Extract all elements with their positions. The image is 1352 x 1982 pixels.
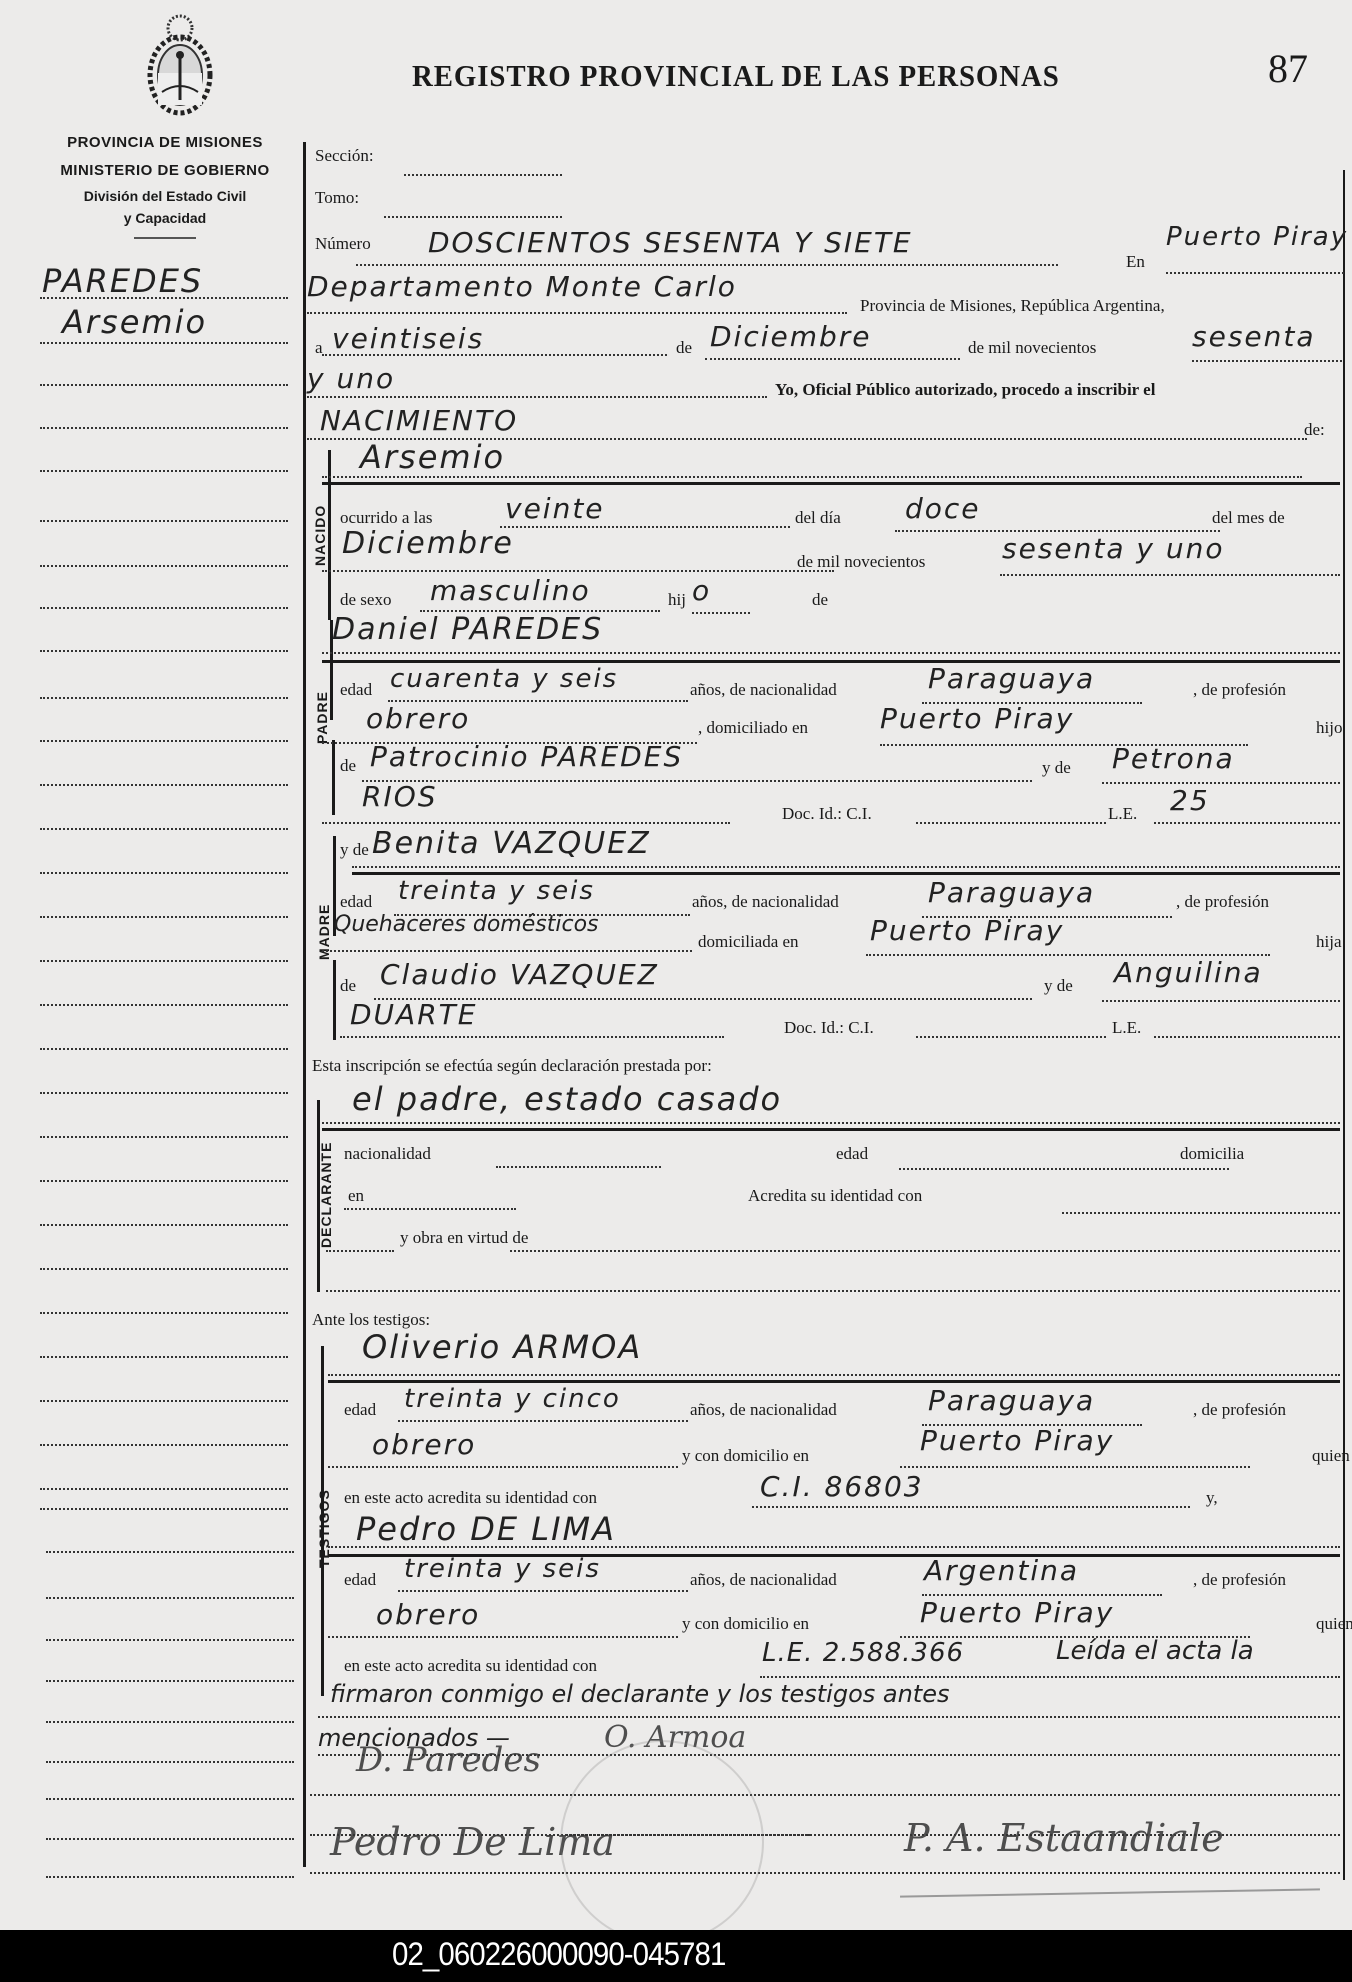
hijo-line bbox=[692, 612, 750, 614]
year-line bbox=[1192, 360, 1342, 362]
padre-father: Patrocinio PAREDES bbox=[370, 740, 683, 773]
padre-section-label: PADRE bbox=[314, 691, 330, 744]
w2-id-line bbox=[760, 1676, 1340, 1678]
padre-nacionalidad: Paraguaya bbox=[928, 662, 1095, 695]
birth-month-line bbox=[322, 570, 834, 572]
header-divider bbox=[134, 237, 196, 239]
padre-mother-2-line bbox=[322, 822, 730, 824]
month-line bbox=[705, 358, 960, 360]
official-stamp-line bbox=[900, 1888, 1320, 1897]
declarante-section-label: DECLARANTE bbox=[318, 1142, 334, 1248]
month-value: Diciembre bbox=[710, 320, 872, 353]
father-name-rule bbox=[322, 660, 1340, 663]
w1-dom-line bbox=[900, 1466, 1250, 1468]
witness2-name: Pedro DE LIMA bbox=[356, 1510, 616, 1548]
margin-surname: PAREDES bbox=[42, 262, 203, 300]
declarante-en-field[interactable] bbox=[344, 1208, 516, 1210]
padre-hijo-label: hijo bbox=[1316, 718, 1342, 738]
madre-y-de-label-2: y de bbox=[1044, 976, 1073, 996]
w2-prof-line bbox=[328, 1636, 678, 1638]
year-prefix: de mil novecientos bbox=[968, 338, 1096, 358]
closing-line-1: Leída el acta la bbox=[1056, 1636, 1254, 1666]
day-line bbox=[322, 354, 667, 356]
w2-quien-label: quien bbox=[1316, 1614, 1352, 1634]
madre-edad-value: treinta y seis bbox=[398, 876, 595, 906]
declarante-signature: D. Paredes bbox=[356, 1740, 541, 1780]
year-line-2 bbox=[307, 396, 767, 398]
declarante-acredita-label: Acredita su identidad con bbox=[748, 1186, 922, 1206]
madre-mother-line bbox=[1102, 1000, 1340, 1002]
departamento-value: Departamento Monte Carlo bbox=[307, 270, 737, 303]
del-dia-label: del día bbox=[795, 508, 841, 528]
w1-anos-label: años, de nacionalidad bbox=[690, 1400, 837, 1420]
oficial-text: Yo, Oficial Público autorizado, procedo … bbox=[775, 380, 1155, 400]
hijo-suffix: o bbox=[692, 574, 711, 607]
w2-edad-line bbox=[398, 1590, 688, 1592]
seccion-field[interactable] bbox=[404, 174, 562, 176]
madre-bracket-2 bbox=[333, 960, 336, 1040]
madre-doc-label: Doc. Id.: C.I. bbox=[784, 1018, 874, 1038]
padre-domicilio-label: , domiciliado en bbox=[698, 718, 808, 738]
witness1-name: Oliverio ARMOA bbox=[362, 1328, 642, 1366]
w1-id-line bbox=[752, 1506, 1190, 1508]
padre-anos-label: años, de nacionalidad bbox=[690, 680, 837, 700]
w1-profesion-label: , de profesión bbox=[1193, 1400, 1286, 1420]
signature-line-1 bbox=[310, 1794, 1340, 1796]
madre-nacionalidad: Paraguaya bbox=[928, 876, 1095, 909]
nacido-section-label: NACIDO bbox=[312, 505, 328, 566]
w2-anos-label: años, de nacionalidad bbox=[690, 1570, 837, 1590]
division-heading-2: y Capacidad bbox=[35, 210, 295, 226]
witness2-name-line bbox=[328, 1546, 1340, 1548]
padre-le-label: L.E. bbox=[1108, 804, 1137, 824]
margin-given-name: Arsemio bbox=[62, 303, 207, 341]
madre-father: Claudio VAZQUEZ bbox=[380, 958, 659, 991]
declarante-intro: Esta inscripción se efectúa según declar… bbox=[312, 1056, 712, 1076]
w1-profesion: obrero bbox=[372, 1428, 476, 1461]
day-value: veintiseis bbox=[332, 322, 484, 355]
padre-edad-label: edad bbox=[340, 680, 372, 700]
en-value: Puerto Piray bbox=[1166, 222, 1348, 252]
w1-acredita-label: en este acto acredita su identidad con bbox=[344, 1488, 597, 1508]
mother-name: Benita VAZQUEZ bbox=[372, 826, 651, 861]
hour-line bbox=[500, 526, 790, 528]
padre-father-line bbox=[362, 780, 1032, 782]
madre-le-field[interactable] bbox=[1154, 1036, 1340, 1038]
w2-profesion-label: , de profesión bbox=[1193, 1570, 1286, 1590]
w1-y-label: y, bbox=[1206, 1488, 1218, 1508]
mother-name-line bbox=[352, 866, 1340, 868]
padre-mother-line bbox=[1102, 782, 1340, 784]
del-mes-label: del mes de bbox=[1212, 508, 1285, 528]
provincia-text: Provincia de Misiones, República Argenti… bbox=[860, 296, 1165, 316]
padre-de-label: de bbox=[340, 756, 356, 776]
day-of-birth: doce bbox=[905, 492, 981, 525]
declarante-nacionalidad-label: nacionalidad bbox=[344, 1144, 431, 1164]
declarante-value: el padre, estado casado bbox=[352, 1080, 782, 1118]
en-label: En bbox=[1126, 252, 1145, 272]
sexo-label: de sexo bbox=[340, 590, 391, 610]
declarante-line-3a bbox=[326, 1250, 394, 1252]
folio-number: 87 bbox=[1268, 45, 1308, 92]
w1-quien-label: quien bbox=[1312, 1446, 1350, 1466]
padre-mother-2: RIOS bbox=[362, 780, 438, 813]
hijo-label: hij bbox=[668, 590, 686, 610]
madre-edad-label: edad bbox=[340, 892, 372, 912]
birth-month: Diciembre bbox=[342, 526, 514, 561]
w2-nacionalidad: Argentina bbox=[924, 1554, 1079, 1587]
padre-y-de-label: y de bbox=[1042, 758, 1071, 778]
padre-le-line bbox=[1154, 822, 1340, 824]
act-type: NACIMIENTO bbox=[320, 404, 518, 437]
birth-year-line bbox=[1000, 574, 1340, 576]
en-line bbox=[1166, 272, 1344, 274]
madre-domicilio: Puerto Piray bbox=[870, 914, 1064, 947]
de-label: de bbox=[676, 338, 692, 358]
numero-value: DOSCIENTOS SESENTA Y SIETE bbox=[428, 226, 913, 259]
declarante-obra-label: y obra en virtud de bbox=[400, 1228, 528, 1248]
coat-of-arms-icon bbox=[140, 10, 220, 120]
father-name: Daniel PAREDES bbox=[332, 612, 603, 647]
witness1-name-rule bbox=[328, 1380, 1340, 1383]
mother-name-rule bbox=[352, 872, 1340, 875]
padre-profesion-label: , de profesión bbox=[1193, 680, 1286, 700]
madre-ci-field[interactable] bbox=[916, 1036, 1106, 1038]
padre-domicilio: Puerto Piray bbox=[880, 702, 1074, 735]
numero-label: Número bbox=[315, 234, 371, 254]
hour-value: veinte bbox=[505, 492, 605, 525]
padre-le-value: 25 bbox=[1170, 784, 1210, 817]
de-colon: de: bbox=[1304, 420, 1325, 440]
padre-bracket-2 bbox=[332, 740, 335, 815]
w1-edad-label: edad bbox=[344, 1400, 376, 1420]
tomo-field[interactable] bbox=[384, 216, 562, 218]
w2-domicilio: Puerto Piray bbox=[920, 1596, 1114, 1629]
departamento-line bbox=[307, 312, 847, 314]
declarante-edad-field[interactable] bbox=[899, 1168, 1229, 1170]
w1-edad-value: treinta y cinco bbox=[404, 1384, 621, 1414]
closing-line-2-rule bbox=[318, 1716, 1340, 1718]
image-id-text: 02_060226000090-045781 bbox=[392, 1936, 725, 1973]
sexo-value: masculino bbox=[430, 574, 591, 607]
official-stamp-icon bbox=[560, 1740, 764, 1944]
padre-doc-label: Doc. Id.: C.I. bbox=[782, 804, 872, 824]
madre-prof-line bbox=[322, 950, 692, 952]
w1-nacionalidad: Paraguaya bbox=[928, 1384, 1095, 1417]
division-heading: División del Estado Civil bbox=[35, 188, 295, 204]
madre-profesion: Quehaceres domésticos bbox=[334, 912, 599, 937]
madre-profesion-label: , de profesión bbox=[1176, 892, 1269, 912]
closing-line-2: firmaron conmigo el declarante y los tes… bbox=[330, 1680, 949, 1708]
w1-prof-line bbox=[328, 1466, 678, 1468]
declarante-obra-field[interactable] bbox=[510, 1250, 1340, 1252]
madre-hija-label: hija bbox=[1316, 932, 1342, 952]
w2-domicilio-label: y con domicilio en bbox=[682, 1614, 809, 1634]
declarante-domicilia-label: domicilia bbox=[1180, 1144, 1244, 1164]
w1-domicilio-label: y con domicilio en bbox=[682, 1446, 809, 1466]
w1-id-value: C.I. 86803 bbox=[760, 1470, 924, 1503]
testigos-intro: Ante los testigos: bbox=[312, 1310, 430, 1330]
document-title: REGISTRO PROVINCIAL DE LAS PERSONAS bbox=[412, 58, 1060, 94]
madre-anos-label: años, de nacionalidad bbox=[692, 892, 839, 912]
de-label-nacido: de bbox=[812, 590, 828, 610]
madre-le-label: L.E. bbox=[1112, 1018, 1141, 1038]
w1-domicilio: Puerto Piray bbox=[920, 1424, 1114, 1457]
declarante-line bbox=[322, 1122, 1340, 1124]
declarante-rule bbox=[322, 1128, 1340, 1131]
w2-profesion: obrero bbox=[376, 1598, 480, 1631]
nacido-name: Arsemio bbox=[360, 438, 505, 476]
witness1-name-line bbox=[328, 1374, 1340, 1376]
document-page: REGISTRO PROVINCIAL DE LAS PERSONAS 87 P… bbox=[0, 0, 1352, 1930]
ocurrido-label: ocurrido a las bbox=[340, 508, 433, 528]
main-divider bbox=[303, 142, 306, 1867]
w2-acredita-label: en este acto acredita su identidad con bbox=[344, 1656, 597, 1676]
image-id-bar: 02_060226000090-045781 bbox=[0, 1930, 1352, 1982]
padre-mother-1: Petrona bbox=[1112, 742, 1235, 775]
declarante-edad-label: edad bbox=[836, 1144, 868, 1164]
birth-year: sesenta y uno bbox=[1002, 532, 1225, 565]
signature-line-3 bbox=[310, 1872, 1340, 1874]
declarante-nacionalidad-field[interactable] bbox=[496, 1166, 661, 1168]
madre-mother-2: DUARTE bbox=[350, 998, 477, 1031]
province-heading: PROVINCIA DE MISIONES bbox=[35, 134, 295, 151]
name-rule bbox=[322, 482, 1340, 485]
declarante-line-4 bbox=[326, 1290, 1340, 1292]
declarante-acredita-field[interactable] bbox=[1062, 1212, 1340, 1214]
name-line bbox=[322, 476, 1302, 478]
madre-mother-2-line bbox=[340, 1036, 724, 1038]
w2-id-value: L.E. 2.588.366 bbox=[762, 1638, 964, 1668]
madre-mother-1: Anguilina bbox=[1114, 956, 1263, 989]
father-name-line bbox=[322, 652, 1340, 654]
year-value-1: sesenta bbox=[1192, 320, 1316, 353]
year-value-2: y uno bbox=[307, 362, 395, 395]
padre-edad-value: cuarenta y seis bbox=[390, 664, 618, 694]
ministry-heading: MINISTERIO DE GOBIERNO bbox=[35, 162, 295, 179]
padre-profesion: obrero bbox=[366, 702, 470, 735]
w2-edad-label: edad bbox=[344, 1570, 376, 1590]
padre-ci-field[interactable] bbox=[916, 822, 1106, 824]
year-prefix-birth: de mil novecientos bbox=[797, 552, 925, 572]
madre-y-de-label: y de bbox=[340, 840, 369, 860]
declarante-en-label: en bbox=[348, 1186, 364, 1206]
tomo-label: Tomo: bbox=[315, 188, 359, 208]
madre-de-label: de bbox=[340, 976, 356, 996]
official-signature: P. A. Estaandiale bbox=[904, 1816, 1224, 1860]
madre-domicilio-label: domiciliada en bbox=[698, 932, 799, 952]
seccion-label: Sección: bbox=[315, 146, 374, 166]
numero-line bbox=[356, 264, 1058, 266]
w1-edad-line bbox=[398, 1420, 688, 1422]
w2-edad-value: treinta y seis bbox=[404, 1554, 601, 1584]
